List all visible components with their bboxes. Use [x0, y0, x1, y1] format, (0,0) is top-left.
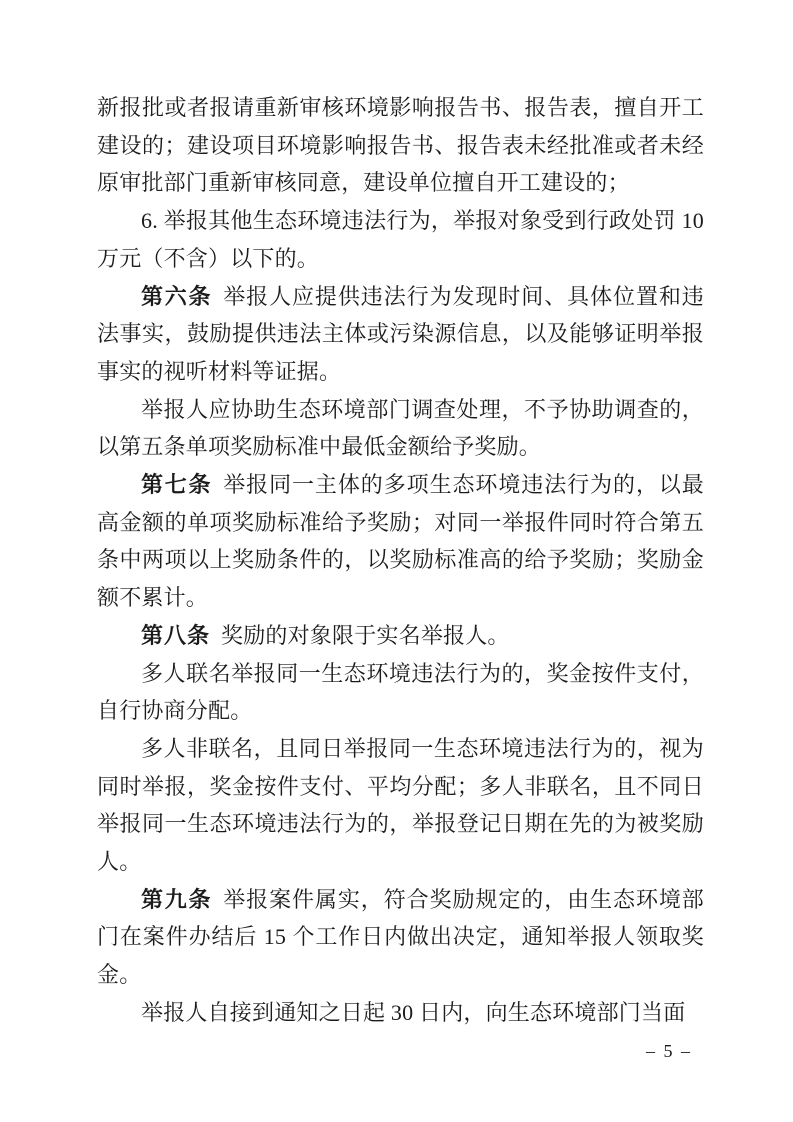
paragraph: 6. 举报其他生态环境违法行为，举报对象受到行政处罚 10 万元（不含）以下的。 [97, 202, 704, 277]
document-body: 新报批或者报请重新审核环境影响报告书、报告表，擅自开工建设的；建设项目环境影响报… [97, 89, 704, 1032]
article-heading: 第九条 [141, 887, 212, 912]
paragraph: 多人非联名，且同日举报同一生态环境违法行为的，视为同时举报，奖金按件支付、平均分… [97, 730, 704, 881]
article-heading: 第八条 [141, 623, 210, 648]
document-page: 新报批或者报请重新审核环境影响报告书、报告表，擅自开工建设的；建设项目环境影响报… [0, 0, 793, 1122]
paragraph-text: 多人非联名，且同日举报同一生态环境违法行为的，视为同时举报，奖金按件支付、平均分… [97, 736, 704, 874]
paragraph: 第六条举报人应提供违法行为发现时间、具体位置和违法事实，鼓励提供违法主体或污染源… [97, 278, 704, 391]
paragraph-text: 举报人应协助生态环境部门调查处理，不予协助调查的，以第五条单项奖励标准中最低金额… [97, 397, 704, 460]
paragraph: 新报批或者报请重新审核环境影响报告书、报告表，擅自开工建设的；建设项目环境影响报… [97, 89, 704, 202]
paragraph: 第八条奖励的对象限于实名举报人。 [97, 617, 704, 655]
paragraph-text: 新报批或者报请重新审核环境影响报告书、报告表，擅自开工建设的；建设项目环境影响报… [97, 95, 704, 195]
paragraph: 第九条举报案件属实，符合奖励规定的，由生态环境部门在案件办结后 15 个工作日内… [97, 881, 704, 994]
paragraph-text: 举报人自接到通知之日起 30 日内，向生态环境部门当面 [141, 1000, 685, 1025]
page-number: – 5 – [646, 1041, 692, 1062]
paragraph: 举报人应协助生态环境部门调查处理，不予协助调查的，以第五条单项奖励标准中最低金额… [97, 391, 704, 466]
paragraph-text: 多人联名举报同一生态环境违法行为的，奖金按件支付，自行协商分配。 [97, 661, 704, 724]
article-heading: 第六条 [141, 284, 212, 309]
article-heading: 第七条 [141, 472, 212, 497]
paragraph: 第七条举报同一主体的多项生态环境违法行为的，以最高金额的单项奖励标准给予奖励；对… [97, 466, 704, 617]
paragraph: 多人联名举报同一生态环境违法行为的，奖金按件支付，自行协商分配。 [97, 655, 704, 730]
paragraph-text: 6. 举报其他生态环境违法行为，举报对象受到行政处罚 10 万元（不含）以下的。 [97, 208, 704, 271]
paragraph-text: 奖励的对象限于实名举报人。 [221, 623, 510, 648]
paragraph: 举报人自接到通知之日起 30 日内，向生态环境部门当面 [97, 994, 704, 1032]
